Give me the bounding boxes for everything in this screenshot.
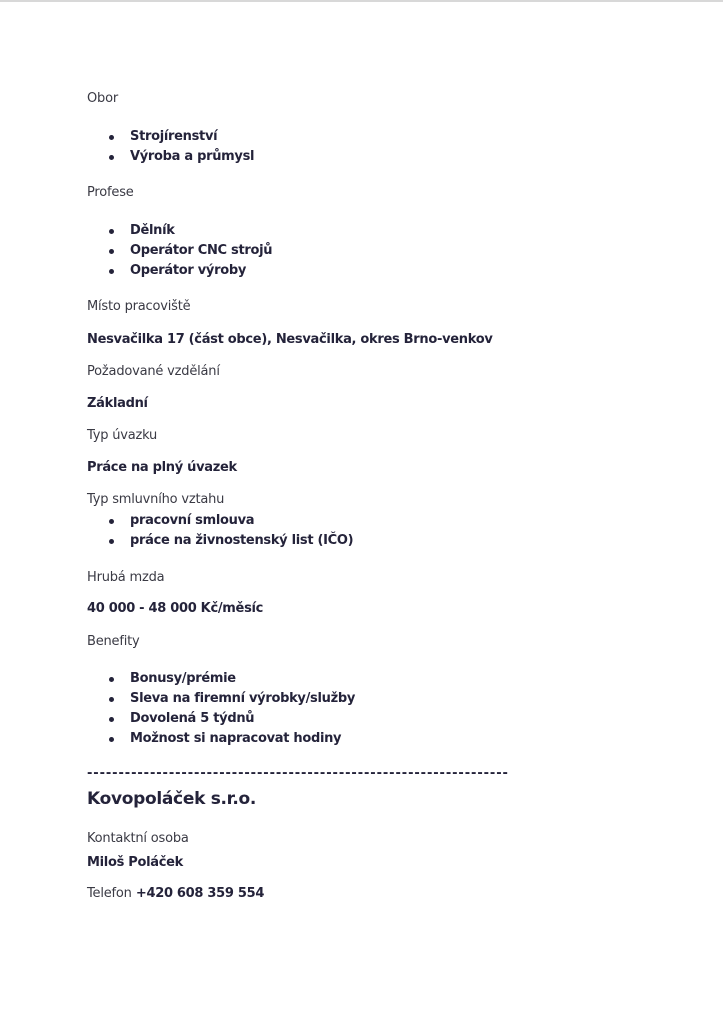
list-item: Dělník: [87, 221, 272, 241]
list-item: Strojírenství: [87, 127, 254, 147]
list-item: práce na živnostenský list (IČO): [87, 531, 353, 551]
obor-list: Strojírenství Výroba a průmysl: [87, 127, 254, 167]
misto-value: Nesvačilka 17 (část obce), Nesvačilka, o…: [87, 332, 493, 347]
contact-label: Kontaktní osoba: [87, 831, 189, 846]
bullet-icon: [109, 135, 114, 140]
list-item: Bonusy/prémie: [87, 669, 355, 689]
bullet-icon: [109, 249, 114, 254]
list-item: Dovolená 5 týdnů: [87, 709, 355, 729]
vzdelani-value: Základní: [87, 396, 148, 411]
benefity-list: Bonusy/prémie Sleva na firemní výrobky/s…: [87, 669, 355, 749]
smluvni-vztah-label: Typ smluvního vztahu: [87, 492, 224, 507]
list-item: Operátor výroby: [87, 261, 272, 281]
list-item: Sleva na firemní výrobky/služby: [87, 689, 355, 709]
list-item: Operátor CNC strojů: [87, 241, 272, 261]
mzda-label: Hrubá mzda: [87, 570, 164, 585]
company-name: Kovopoláček s.r.o.: [87, 789, 256, 809]
uvazek-label: Typ úvazku: [87, 428, 157, 443]
list-item: Možnost si napracovat hodiny: [87, 729, 355, 749]
mzda-value: 40 000 - 48 000 Kč/měsíc: [87, 601, 263, 616]
bullet-icon: [109, 717, 114, 722]
profese-label: Profese: [87, 185, 134, 200]
bullet-icon: [109, 229, 114, 234]
list-item: Výroba a průmysl: [87, 147, 254, 167]
bullet-icon: [109, 737, 114, 742]
phone-label: Telefon: [87, 886, 132, 901]
bullet-icon: [109, 519, 114, 524]
phone-line: Telefon +420 608 359 554: [87, 886, 264, 901]
benefity-label: Benefity: [87, 634, 140, 649]
bullet-icon: [109, 697, 114, 702]
bullet-icon: [109, 155, 114, 160]
uvazek-value: Práce na plný úvazek: [87, 460, 237, 475]
misto-label: Místo pracoviště: [87, 299, 190, 314]
list-item: pracovní smlouva: [87, 511, 353, 531]
profese-list: Dělník Operátor CNC strojů Operátor výro…: [87, 221, 272, 281]
bullet-icon: [109, 539, 114, 544]
separator: ----------------------------------------…: [87, 766, 509, 781]
vzdelani-label: Požadované vzdělání: [87, 364, 220, 379]
bullet-icon: [109, 677, 114, 682]
smluvni-vztah-list: pracovní smlouva práce na živnostenský l…: [87, 511, 353, 551]
obor-label: Obor: [87, 91, 118, 106]
bullet-icon: [109, 269, 114, 274]
phone-number[interactable]: +420 608 359 554: [136, 886, 264, 901]
contact-name: Miloš Poláček: [87, 855, 183, 870]
